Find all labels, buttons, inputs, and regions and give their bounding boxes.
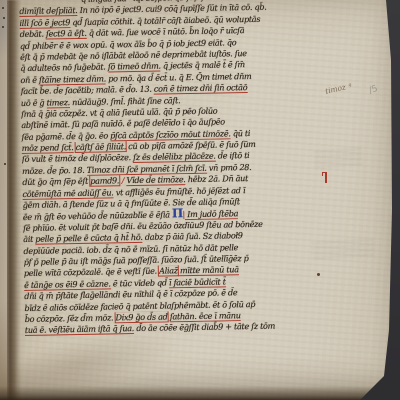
text-segment: d̄o āe cōēe ēḡſſit diab̄9 + tāte ſz tōm	[134, 321, 275, 333]
text-segment: hēbz 2ā. Dn̄ āut	[185, 173, 248, 184]
text-segment: āit	[23, 234, 35, 244]
text-segment: q̄ adulteōs nō ſuḡebāt.	[20, 62, 108, 74]
text-segment: dabz p̄ āiā ſuā. Sz diaboł9	[143, 230, 243, 242]
red-boxed-segment: cāſtſ āē ſiliūt.	[76, 141, 126, 152]
red-underlined-segment: ī faciē būdicīt t̄	[169, 276, 226, 288]
text-segment: nūdāuḡ9. ſml̄. fihāt ſīne cāſt.	[70, 95, 181, 107]
pencil-foliation-mark: /5	[368, 84, 379, 96]
red-underlined-segment: ſect9 ā ēſt.	[46, 28, 87, 40]
red-boxed-segment: Aliaz̄	[159, 266, 178, 276]
ink-showthrough-blot	[313, 146, 362, 167]
text-segment: q̄ū ti	[230, 128, 250, 138]
red-boxed-segment: pamd9.	[90, 176, 119, 187]
text-segment: vn̄ pmō 28.	[206, 162, 251, 173]
fore-edge-strip	[0, 0, 7, 400]
red-underlined-segment: ſathān. ēce ī mānu	[170, 310, 241, 322]
red-underlined-segment: ſz ēs delēlibz plācēze.	[133, 151, 216, 163]
text-segment: ſēa pḡamē. d̄e q̄ ḡo. ēo	[21, 130, 110, 142]
red-underlined-segment: con̄ ē timez dn̄i ſin̄ octāō	[154, 82, 248, 95]
text-segment: q̄ jectēs q̄ malē t̄ ē ſm̄	[161, 59, 245, 70]
red-underlined-segment: Vīde d̄e timōze.	[126, 174, 185, 186]
red-underlined-segment: ſtāīne timez dn̄m.	[39, 73, 106, 85]
ink-showthrough-blot	[312, 238, 375, 258]
page-bottom-shadow	[0, 386, 400, 400]
red-underlined-segment: illī ſcō ē ject9	[19, 17, 70, 29]
red-underlined-segment: dimīſit deſpliāt.	[19, 5, 77, 17]
red-boxed-segment: Dix9 ḡo d̄s ad	[115, 311, 167, 322]
text-segment: cū ob pīſā amōzē ſpēſū. ē ſuō ſūm	[126, 139, 256, 151]
text-segment: b̄o cōzpōz. ſēz d̄m mōz.	[25, 312, 116, 324]
text-segment: po mō. q̄a d̄ ēct̄ u. q̄ E. Q̄m timet dn…	[106, 71, 252, 84]
manuscript-photo: q̄ lingua ſua · iq̄t deſpōt. qd̄ ſup ſcō…	[0, 0, 400, 400]
text-segment: uō ē ḡ	[21, 97, 47, 107]
text-segment: vt affliḡēs ēu fmūſtē. hō jēſēzt ad ī	[113, 185, 245, 197]
text-segment: debāt.	[20, 29, 46, 39]
text-segment: mōze. d̄e p̄o. 18.	[22, 165, 87, 176]
text-segment: ſō vult ē timōz d̄e diſplōcēze.	[22, 153, 133, 165]
text-segment: on̄ ē	[20, 74, 39, 84]
text-segment: d̄e iſtō ti	[215, 150, 249, 161]
text-segment: dūt ḡo q̄m ſēp ēſt	[22, 176, 90, 187]
ink-dot	[317, 273, 320, 276]
marginal-gloss-timor: timoz ꝰ	[324, 81, 352, 97]
red-underlined-segment: tuā ē. vēſtīēu āiām iſtā q̄ ſua.	[25, 323, 134, 336]
text-segment: facīt b̄e. d̄e ſacētib; malā. ē d̄o. 13.	[21, 84, 154, 96]
text-segment: pelle wītā cōzpōzalē. q̄e ē veſtī ſūe.	[24, 266, 159, 278]
red-underlined-segment: ſō timeō dn̄m.	[108, 61, 161, 73]
red-underlined-segment: timez.	[46, 97, 70, 108]
text-segment: ē tūc vīdeb qd̄	[110, 277, 169, 288]
red-underlined-segment: mītte mānū tuā	[178, 265, 239, 277]
red-paraph-mark	[322, 172, 328, 183]
manuscript-text-block: q̄ lingua ſua · iq̄t deſpōt. qd̄ ſup ſcō…	[19, 0, 317, 337]
red-underlined-segment: mōz pend ſct̄.	[22, 142, 74, 154]
